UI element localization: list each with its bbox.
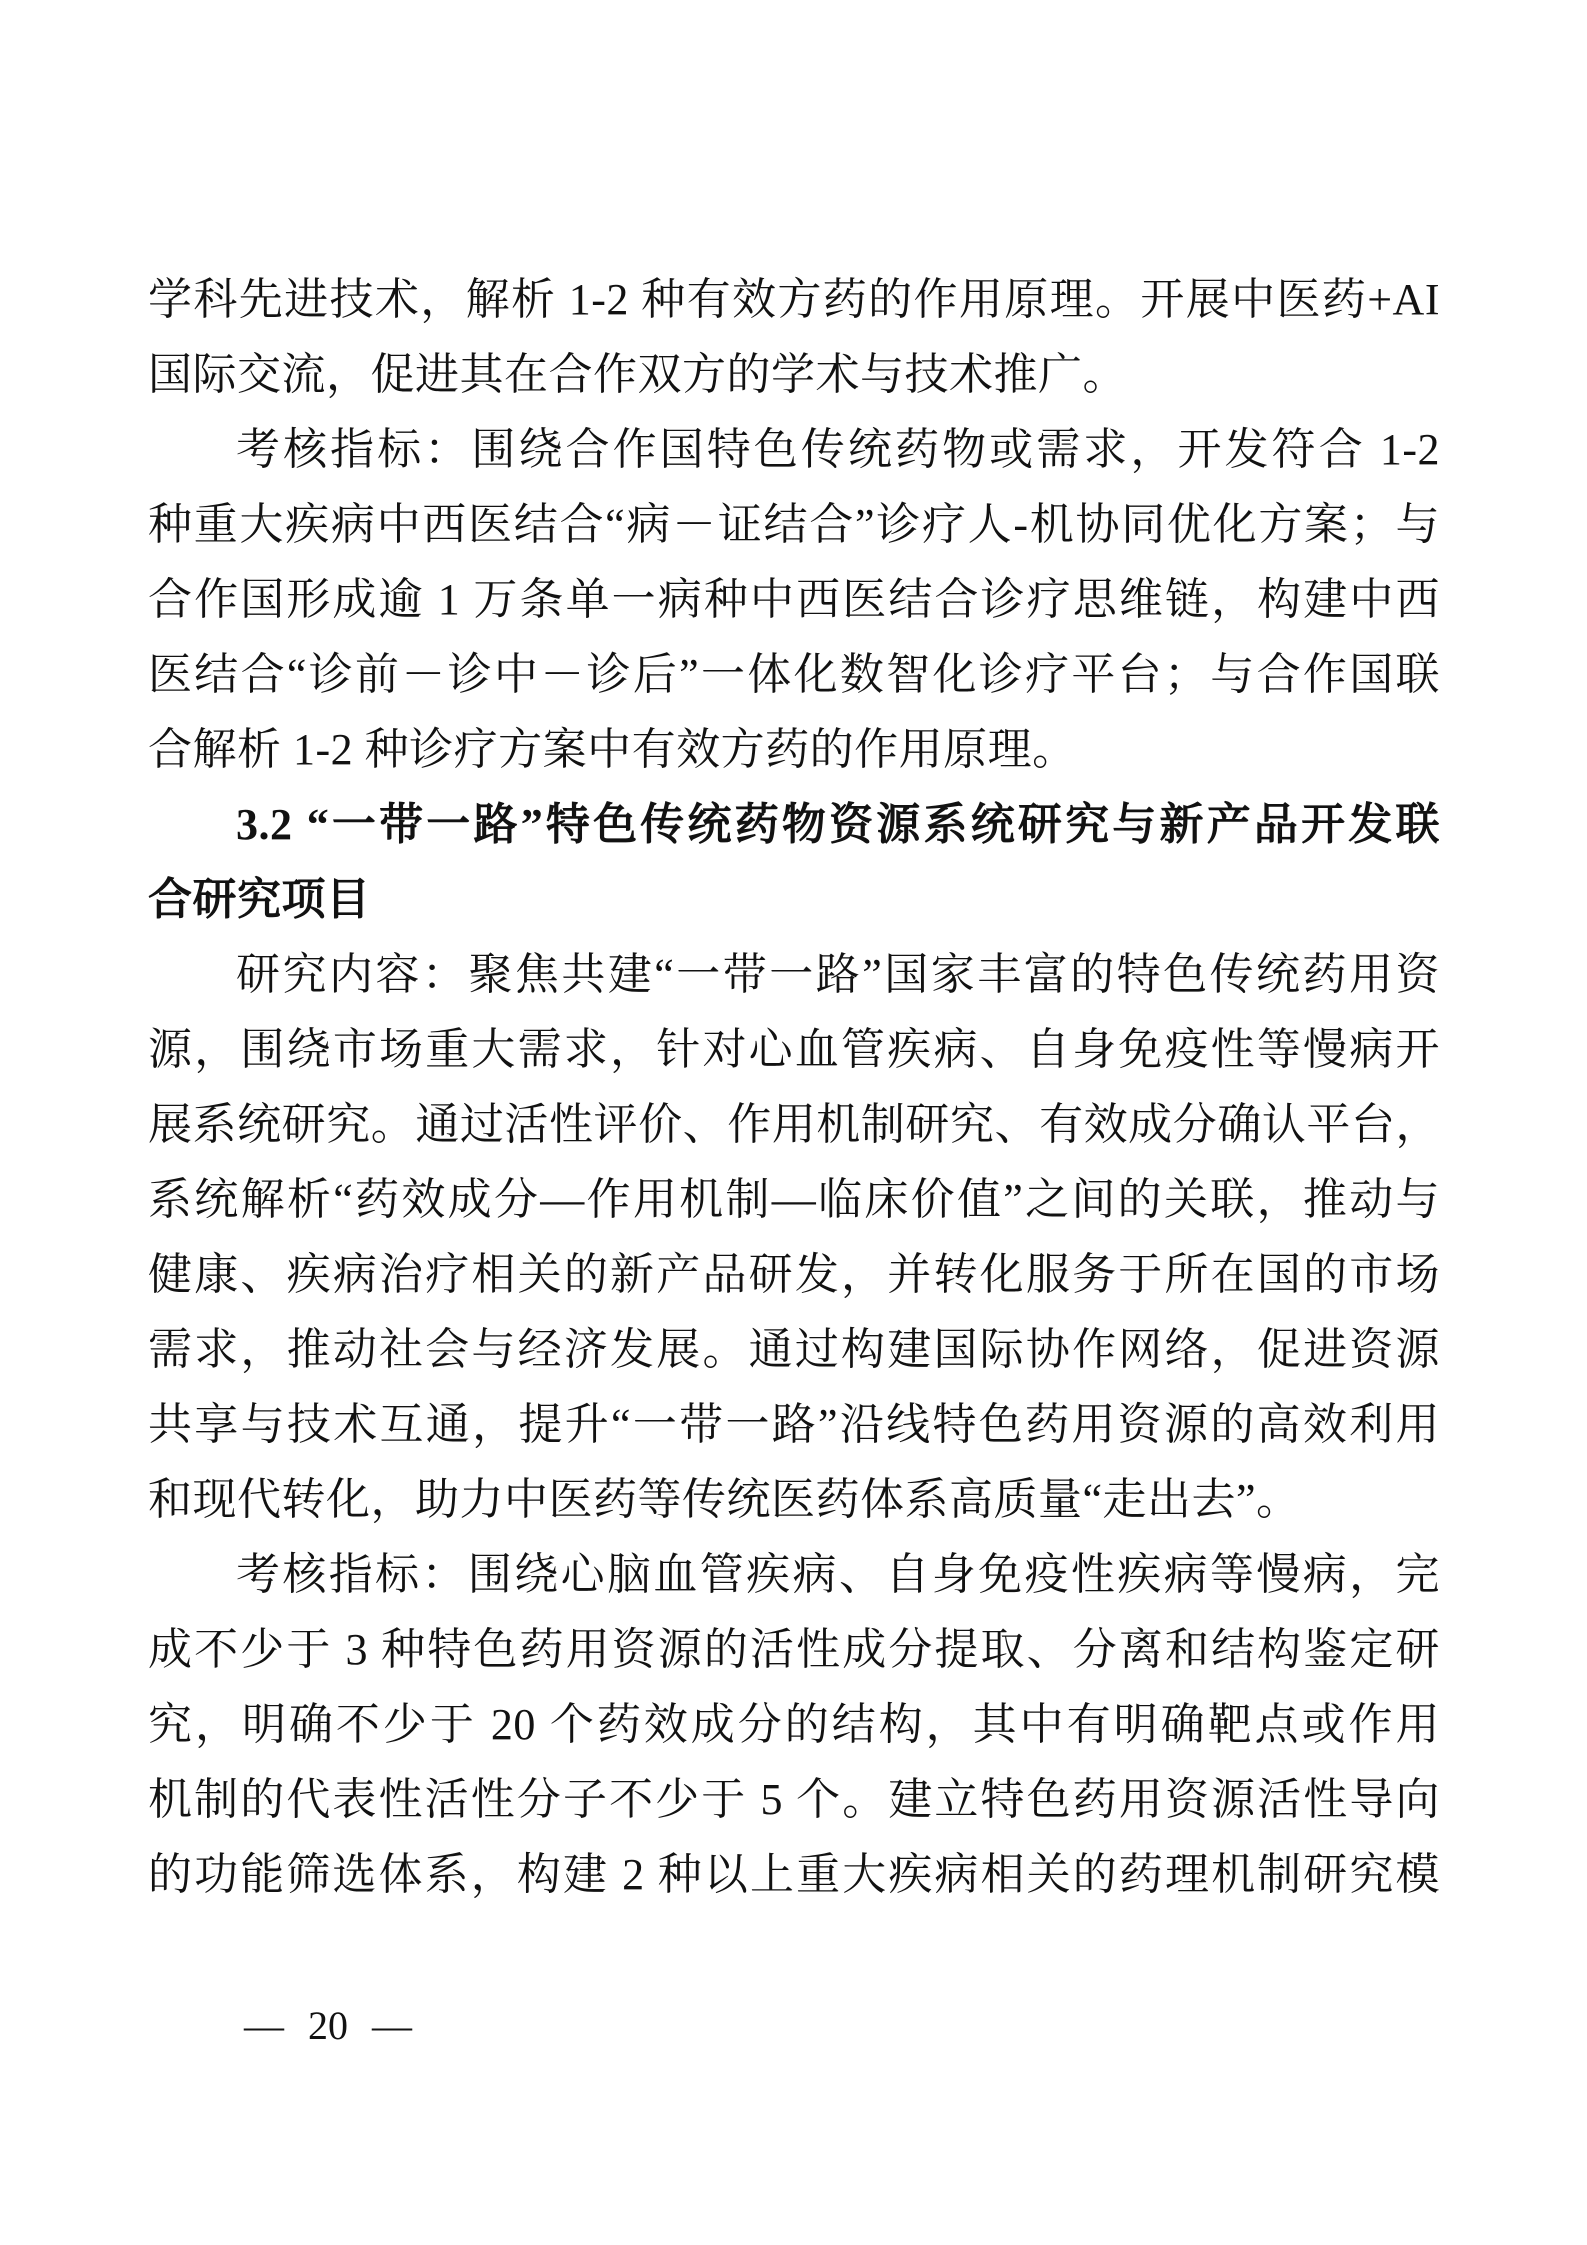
document-page: 学科先进技术，解析 1-2 种有效方药的作用原理。开展中医药+AI国际交流，促进… (0, 0, 1587, 2245)
text-line: 种重大疾病中西医结合“病－证结合”诊疗人-机协同优化方案；与 (148, 487, 1440, 562)
text-line: 3.2 “一带一路”特色传统药物资源系统研究与新产品开发联 (148, 787, 1440, 862)
text-line: 合解析 1-2 种诊疗方案中有效方药的作用原理。 (148, 712, 1440, 787)
text-line: 和现代转化，助力中医药等传统医药体系高质量“走出去”。 (148, 1462, 1440, 1537)
text-line: 究，明确不少于 20 个药效成分的结构，其中有明确靶点或作用 (148, 1687, 1440, 1762)
text-line: 研究内容：聚焦共建“一带一路”国家丰富的特色传统药用资 (148, 937, 1440, 1012)
text-line: 展系统研究。通过活性评价、作用机制研究、有效成分确认平台， (148, 1087, 1440, 1162)
text-line: 源，围绕市场重大需求，针对心血管疾病、自身免疫性等慢病开 (148, 1012, 1440, 1087)
text-line: 共享与技术互通，提升“一带一路”沿线特色药用资源的高效利用 (148, 1387, 1440, 1462)
text-line: 合研究项目 (148, 862, 1440, 937)
text-line: 需求，推动社会与经济发展。通过构建国际协作网络，促进资源 (148, 1312, 1440, 1387)
text-line: 健康、疾病治疗相关的新产品研发，并转化服务于所在国的市场 (148, 1237, 1440, 1312)
document-body: 学科先进技术，解析 1-2 种有效方药的作用原理。开展中医药+AI国际交流，促进… (148, 262, 1440, 1912)
text-line: 系统解析“药效成分—作用机制—临床价值”之间的关联，推动与 (148, 1162, 1440, 1237)
text-line: 合作国形成逾 1 万条单一病种中西医结合诊疗思维链，构建中西 (148, 562, 1440, 637)
text-line: 考核指标：围绕合作国特色传统药物或需求，开发符合 1-2 (148, 412, 1440, 487)
text-line: 国际交流，促进其在合作双方的学术与技术推广。 (148, 337, 1440, 412)
page-number: — 20 — (244, 2002, 412, 2050)
text-line: 的功能筛选体系，构建 2 种以上重大疾病相关的药理机制研究模 (148, 1837, 1440, 1912)
text-line: 成不少于 3 种特色药用资源的活性成分提取、分离和结构鉴定研 (148, 1612, 1440, 1687)
text-line: 学科先进技术，解析 1-2 种有效方药的作用原理。开展中医药+AI (148, 262, 1440, 337)
text-line: 考核指标：围绕心脑血管疾病、自身免疫性疾病等慢病，完 (148, 1537, 1440, 1612)
text-line: 医结合“诊前－诊中－诊后”一体化数智化诊疗平台；与合作国联 (148, 637, 1440, 712)
text-line: 机制的代表性活性分子不少于 5 个。建立特色药用资源活性导向 (148, 1762, 1440, 1837)
